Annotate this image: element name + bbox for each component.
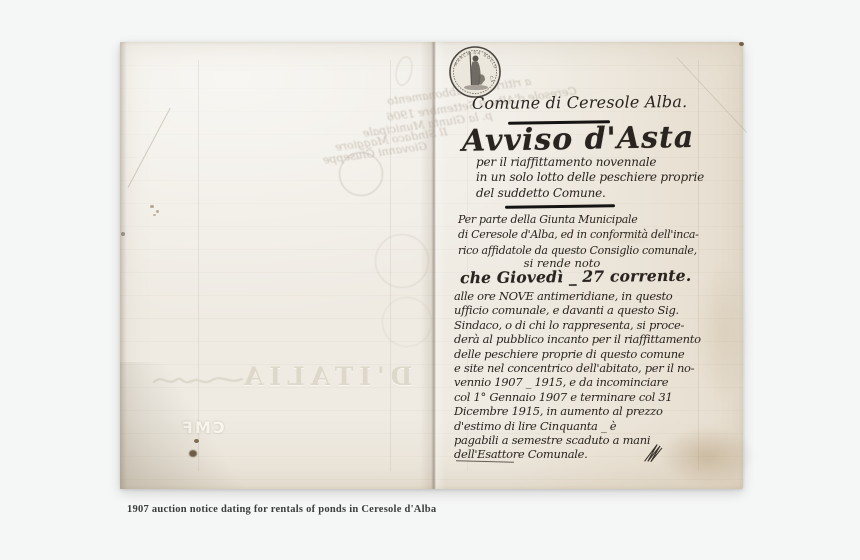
document-spread: a ritirio dell'abbonamento Ceresole d'Al… [120,42,743,489]
handwritten-line: vennio 1907 _ 1915, e da incominciare [454,375,701,389]
photo-caption: 1907 auction notice dating for rentals o… [127,504,436,515]
handwritten-line: e site nel concentrico dell'abitato, per… [454,361,701,375]
document-subtitle: per il riaffittamento novennale in un so… [476,155,704,201]
ghost-stamp-ring [393,55,415,88]
ghost-stamp-ring [382,297,432,347]
handwritten-line: in un solo lotto delle peschiere proprie [476,170,704,185]
handwritten-line: Dicembre 1915, in aumento al prezzo [454,404,701,418]
paper-stain [739,42,744,46]
handwritten-line: alle ore NOVE antimeridiane, in questo [454,289,701,303]
handwritten-line: ufficio comunale, e davanti a questo Sig… [454,303,701,317]
signature-underline [456,460,514,463]
handwritten-line: d'estimo di lire Cinquanta _ è [454,419,701,433]
paper-stain [660,427,755,485]
paper-stain [150,205,154,208]
handwritten-line: del suddetto Comune. [476,186,704,201]
revenue-stamp-seal-icon: MARCA DA BOLLO C.5 [448,45,502,99]
paper-stain [153,214,156,216]
document-header: Comune di Ceresole Alba. [472,92,682,113]
body-paragraph-1: Per parte della Giunta Municipale di Cer… [458,212,699,258]
paper-crease [128,108,171,188]
handwritten-line: col 1° Gennaio 1907 e terminare col 31 [454,390,701,404]
ghost-stamp-ring [339,152,383,196]
paper-stain [121,232,125,236]
handwritten-line: delle peschiere proprie di questo comune [454,347,701,361]
paper-stain [598,230,658,246]
paper-stain [695,262,750,402]
paper-stain [156,210,159,213]
handwritten-line: per il riaffittamento novennale [476,155,704,170]
auction-date-line: che Giovedì _ 27 corrente. [460,266,692,287]
handwritten-line: Per parte della Giunta Municipale [458,212,699,227]
divider-rule [505,204,615,208]
body-paragraph-2: alle ore NOVE antimeridiane, in questo u… [454,289,701,462]
handwritten-line: di Ceresole d'Alba, ed in conformità del… [458,227,699,242]
document-title: Avviso d'Asta [462,120,683,159]
worn-corner-shading [120,362,270,489]
ghost-stamp-ring [375,234,429,288]
handwritten-line: Sindaco, o di chi lo rappresenta, si pro… [454,318,701,332]
scene: a ritirio dell'abbonamento Ceresole d'Al… [0,0,860,560]
handwritten-line: derà al pubblico incanto per il riaffitt… [454,332,701,346]
